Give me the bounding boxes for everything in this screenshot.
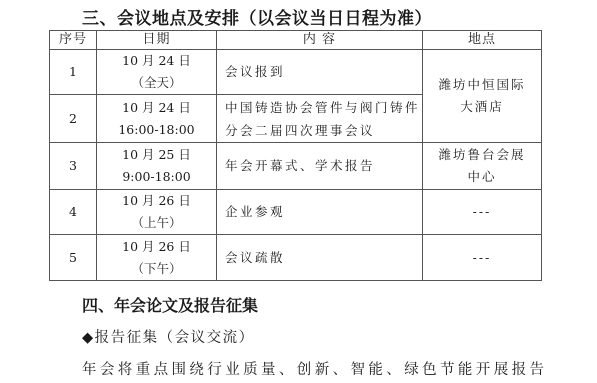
row-location: --- [423, 190, 542, 235]
row-date: 10 月 24 日16:00-18:00 [97, 95, 217, 143]
section-3-heading: 三、会议地点及安排（以会议当日日程为准） [82, 4, 432, 29]
schedule-table: 序号 日期 内 容 地点 1 10 月 24 日（全天） 会议报到 潍坊中恒国际… [49, 30, 542, 281]
row-content: 企业参观 [217, 190, 423, 235]
row-date: 10 月 26 日（上午） [97, 190, 217, 235]
table-row: 5 10 月 26 日（下午） 会议疏散 --- [50, 235, 542, 281]
row-content: 会议报到 [217, 50, 423, 95]
date-line: 10 月 24 日 [97, 97, 216, 119]
row-content: 中国铸造协会管件与阀门铸件分会二届四次理事会议 [217, 95, 423, 143]
bullet-heading: ◆报告征集（会议交流） [82, 326, 255, 347]
header-location: 地点 [423, 31, 542, 50]
table-row: 1 10 月 24 日（全天） 会议报到 潍坊中恒国际大酒店 [50, 50, 542, 95]
table-row: 3 10 月 25 日9:00-18:00 年会开幕式、学术报告 潍坊鲁台会展中… [50, 143, 542, 190]
header-content: 内 容 [217, 31, 423, 50]
date-line: （下午） [97, 258, 216, 280]
date-line: 9:00-18:00 [97, 166, 216, 188]
row-content: 会议疏散 [217, 235, 423, 281]
row-location: --- [423, 235, 542, 281]
date-line: 10 月 25 日 [97, 144, 216, 166]
table-header-row: 序号 日期 内 容 地点 [50, 31, 542, 50]
date-line: 10 月 24 日 [97, 50, 216, 72]
date-line: （上午） [97, 212, 216, 234]
date-line: 16:00-18:00 [97, 119, 216, 141]
header-date: 日期 [97, 31, 217, 50]
row-no: 3 [50, 143, 97, 190]
section-4-heading: 四、年会论文及报告征集 [82, 293, 258, 316]
date-line: 10 月 26 日 [97, 190, 216, 212]
row-no: 4 [50, 190, 97, 235]
header-no: 序号 [50, 31, 97, 50]
table-row: 4 10 月 26 日（上午） 企业参观 --- [50, 190, 542, 235]
row-date: 10 月 25 日9:00-18:00 [97, 143, 217, 190]
date-line: 10 月 26 日 [97, 236, 216, 258]
row-content: 年会开幕式、学术报告 [217, 143, 423, 190]
row-location: 潍坊鲁台会展中心 [423, 143, 542, 190]
row-date: 10 月 26 日（下午） [97, 235, 217, 281]
body-paragraph: 年会将重点围绕行业质量、创新、智能、绿色节能开展报告 [82, 358, 547, 379]
row-no: 1 [50, 50, 97, 95]
date-line: （全天） [97, 72, 216, 94]
row-location: 潍坊中恒国际大酒店 [423, 50, 542, 143]
row-no: 2 [50, 95, 97, 143]
row-no: 5 [50, 235, 97, 281]
row-date: 10 月 24 日（全天） [97, 50, 217, 95]
